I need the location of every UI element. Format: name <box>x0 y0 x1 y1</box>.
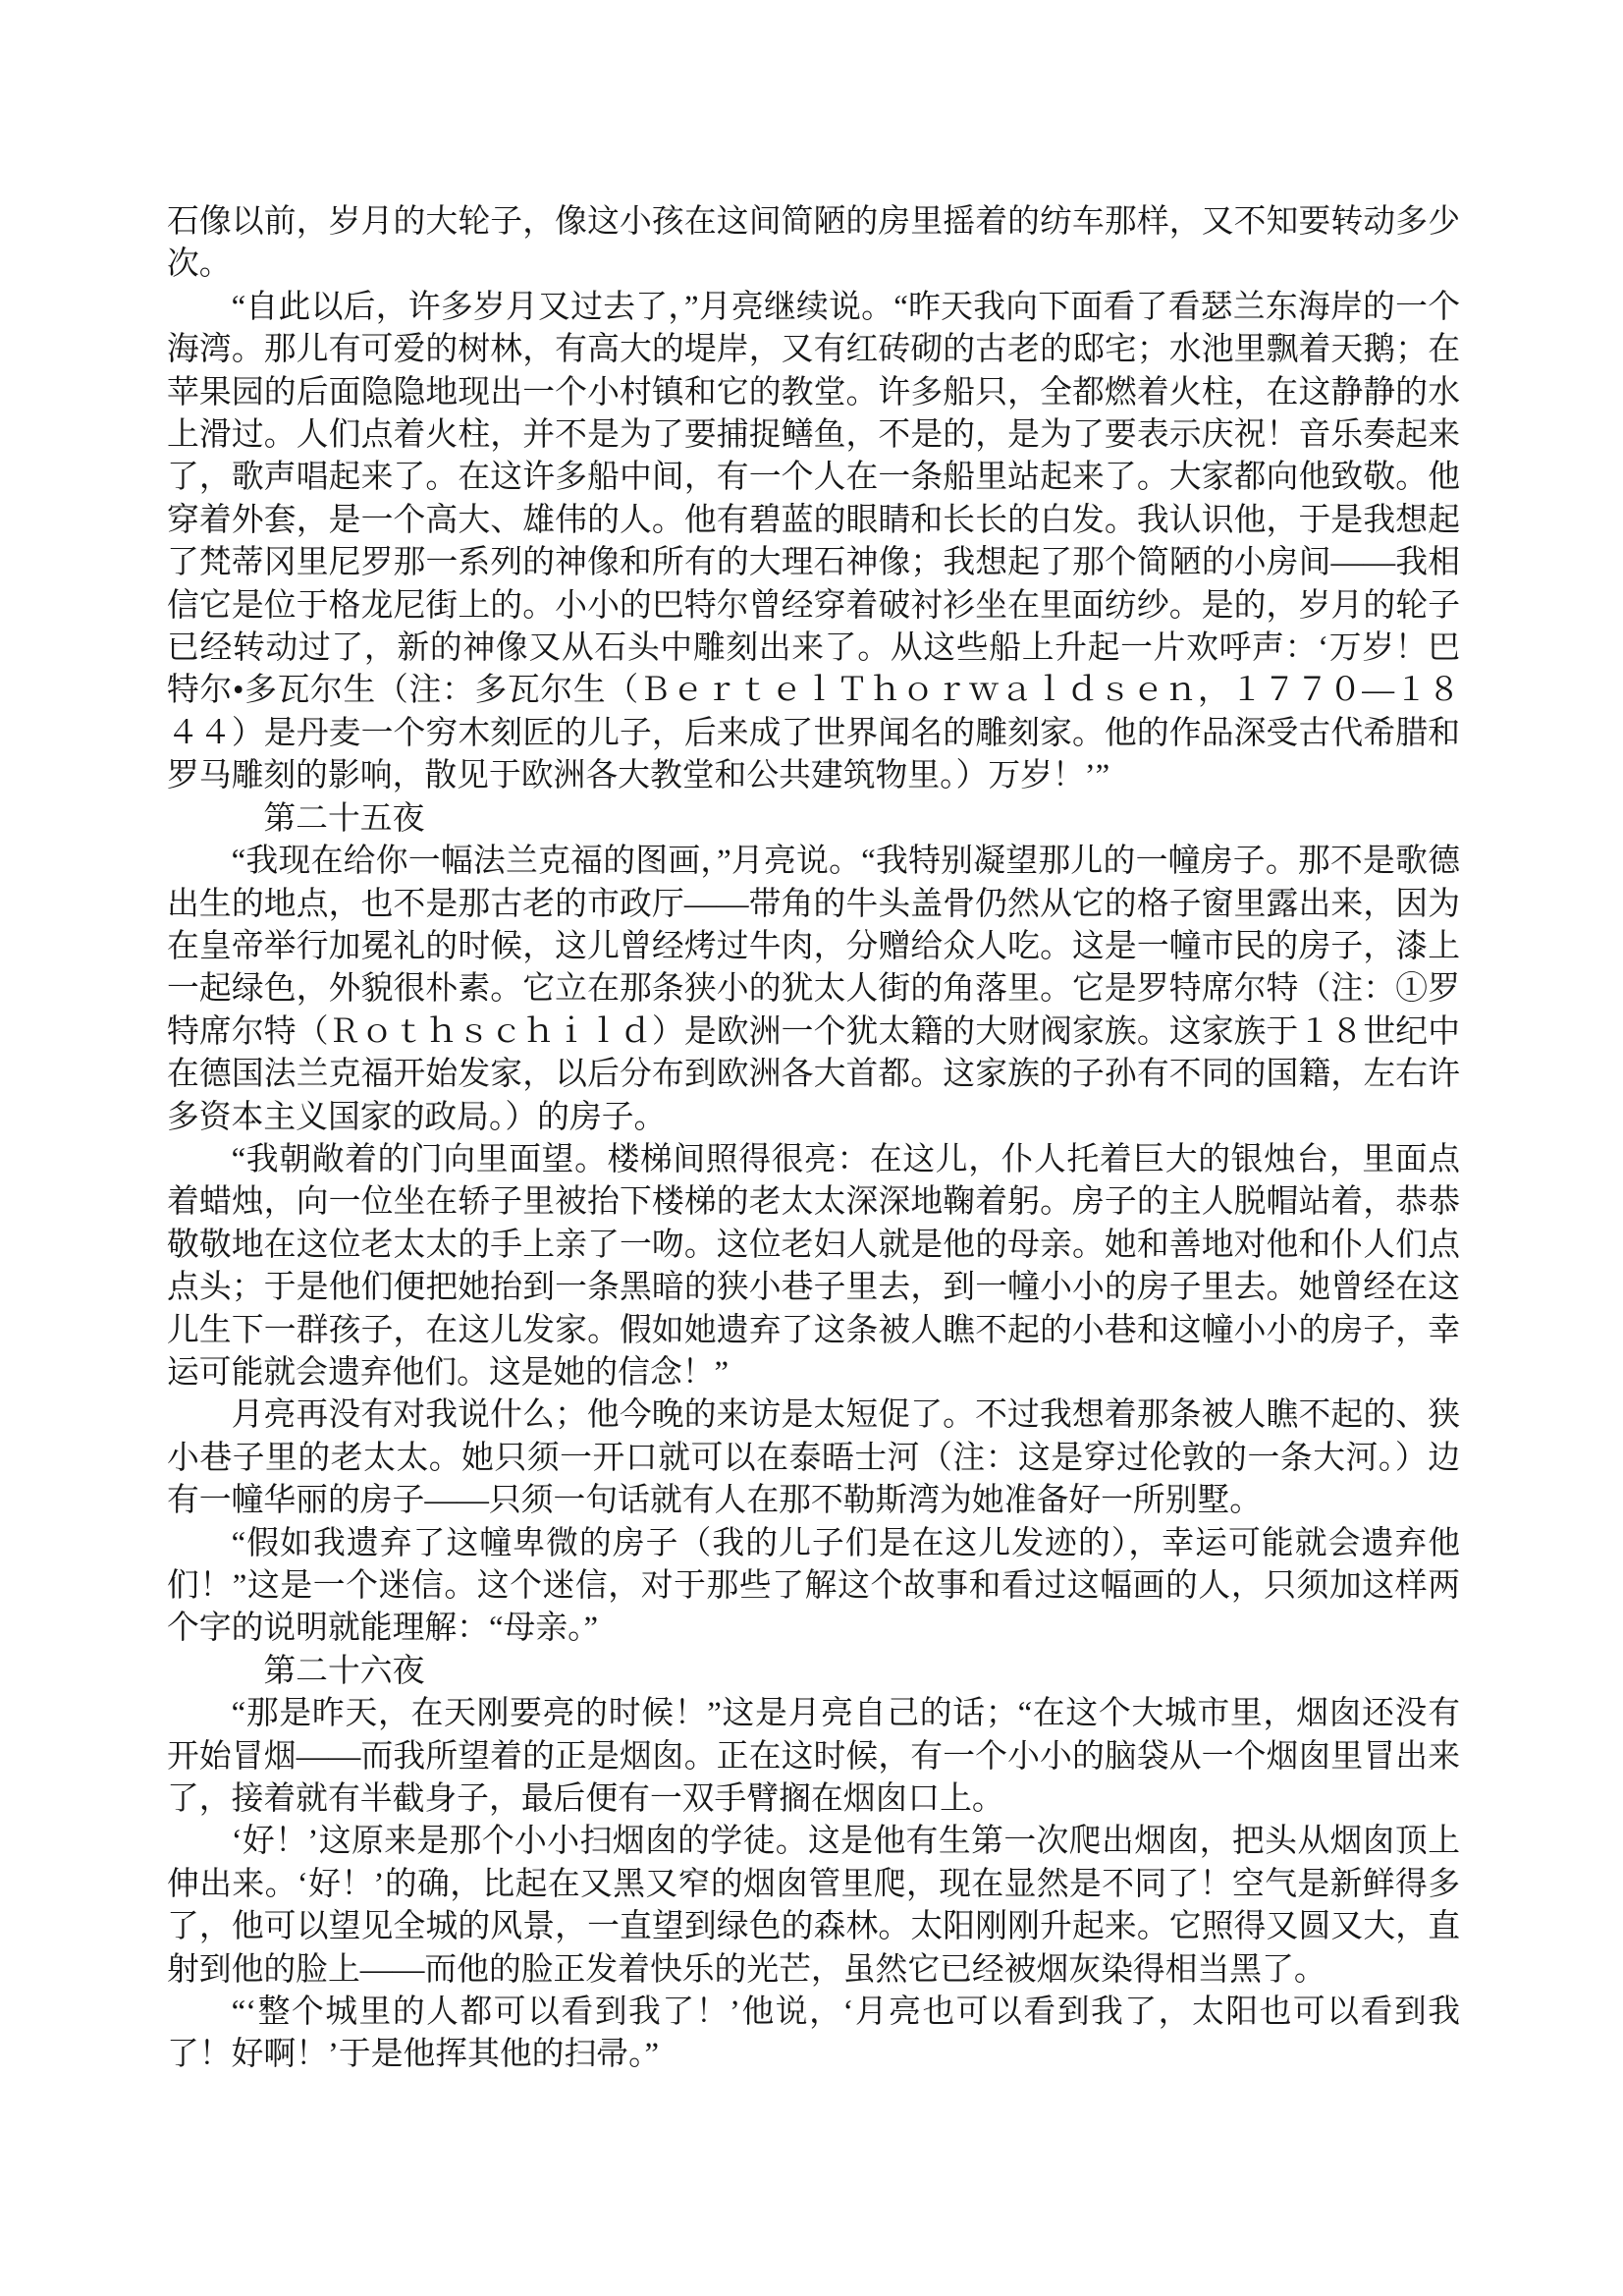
text-column: 石像以前，岁月的大轮子，像这小孩在这间简陋的房里摇着的纺车那样，又不知要转动多少… <box>167 201 1460 2077</box>
paragraph: 石像以前，岁月的大轮子，像这小孩在这间简陋的房里摇着的纺车那样，又不知要转动多少… <box>167 201 1460 287</box>
paragraph: “‘整个城里的人都可以看到我了！’他说，‘月亮也可以看到我了，太阳也可以看到我了… <box>167 1992 1460 2077</box>
paragraph: 月亮再没有对我说什么；他今晚的来访是太短促了。不过我想着那条被人瞧不起的、狭小巷… <box>167 1394 1460 1522</box>
heading-night-25: 第二十五夜 <box>167 798 1460 841</box>
paragraph: “那是昨天，在天刚要亮的时候！”这是月亮自己的话；“在这个大城市里，烟囱还没有开… <box>167 1693 1460 1821</box>
heading-night-26: 第二十六夜 <box>167 1651 1460 1693</box>
paragraph: ‘好！’这原来是那个小小扫烟囱的学徒。这是他有生第一次爬出烟囱，把头从烟囱顶上伸… <box>167 1821 1460 1992</box>
document-page: 石像以前，岁月的大轮子，像这小孩在这间简陋的房里摇着的纺车那样，又不知要转动多少… <box>0 0 1623 2296</box>
paragraph: “假如我遗弃了这幢卑微的房子（我的儿子们是在这儿发迹的），幸运可能就会遗弃他们！… <box>167 1523 1460 1651</box>
paragraph: “我朝敞着的门向里面望。楼梯间照得很亮：在这儿，仆人托着巨大的银烛台，里面点着蜡… <box>167 1139 1460 1394</box>
paragraph: “自此以后，许多岁月又过去了，”月亮继续说。“昨天我向下面看了看瑟兰东海岸的一个… <box>167 287 1460 798</box>
paragraph: “我现在给你一幅法兰克福的图画，”月亮说。“我特别凝望那儿的一幢房子。那不是歌德… <box>167 841 1460 1139</box>
